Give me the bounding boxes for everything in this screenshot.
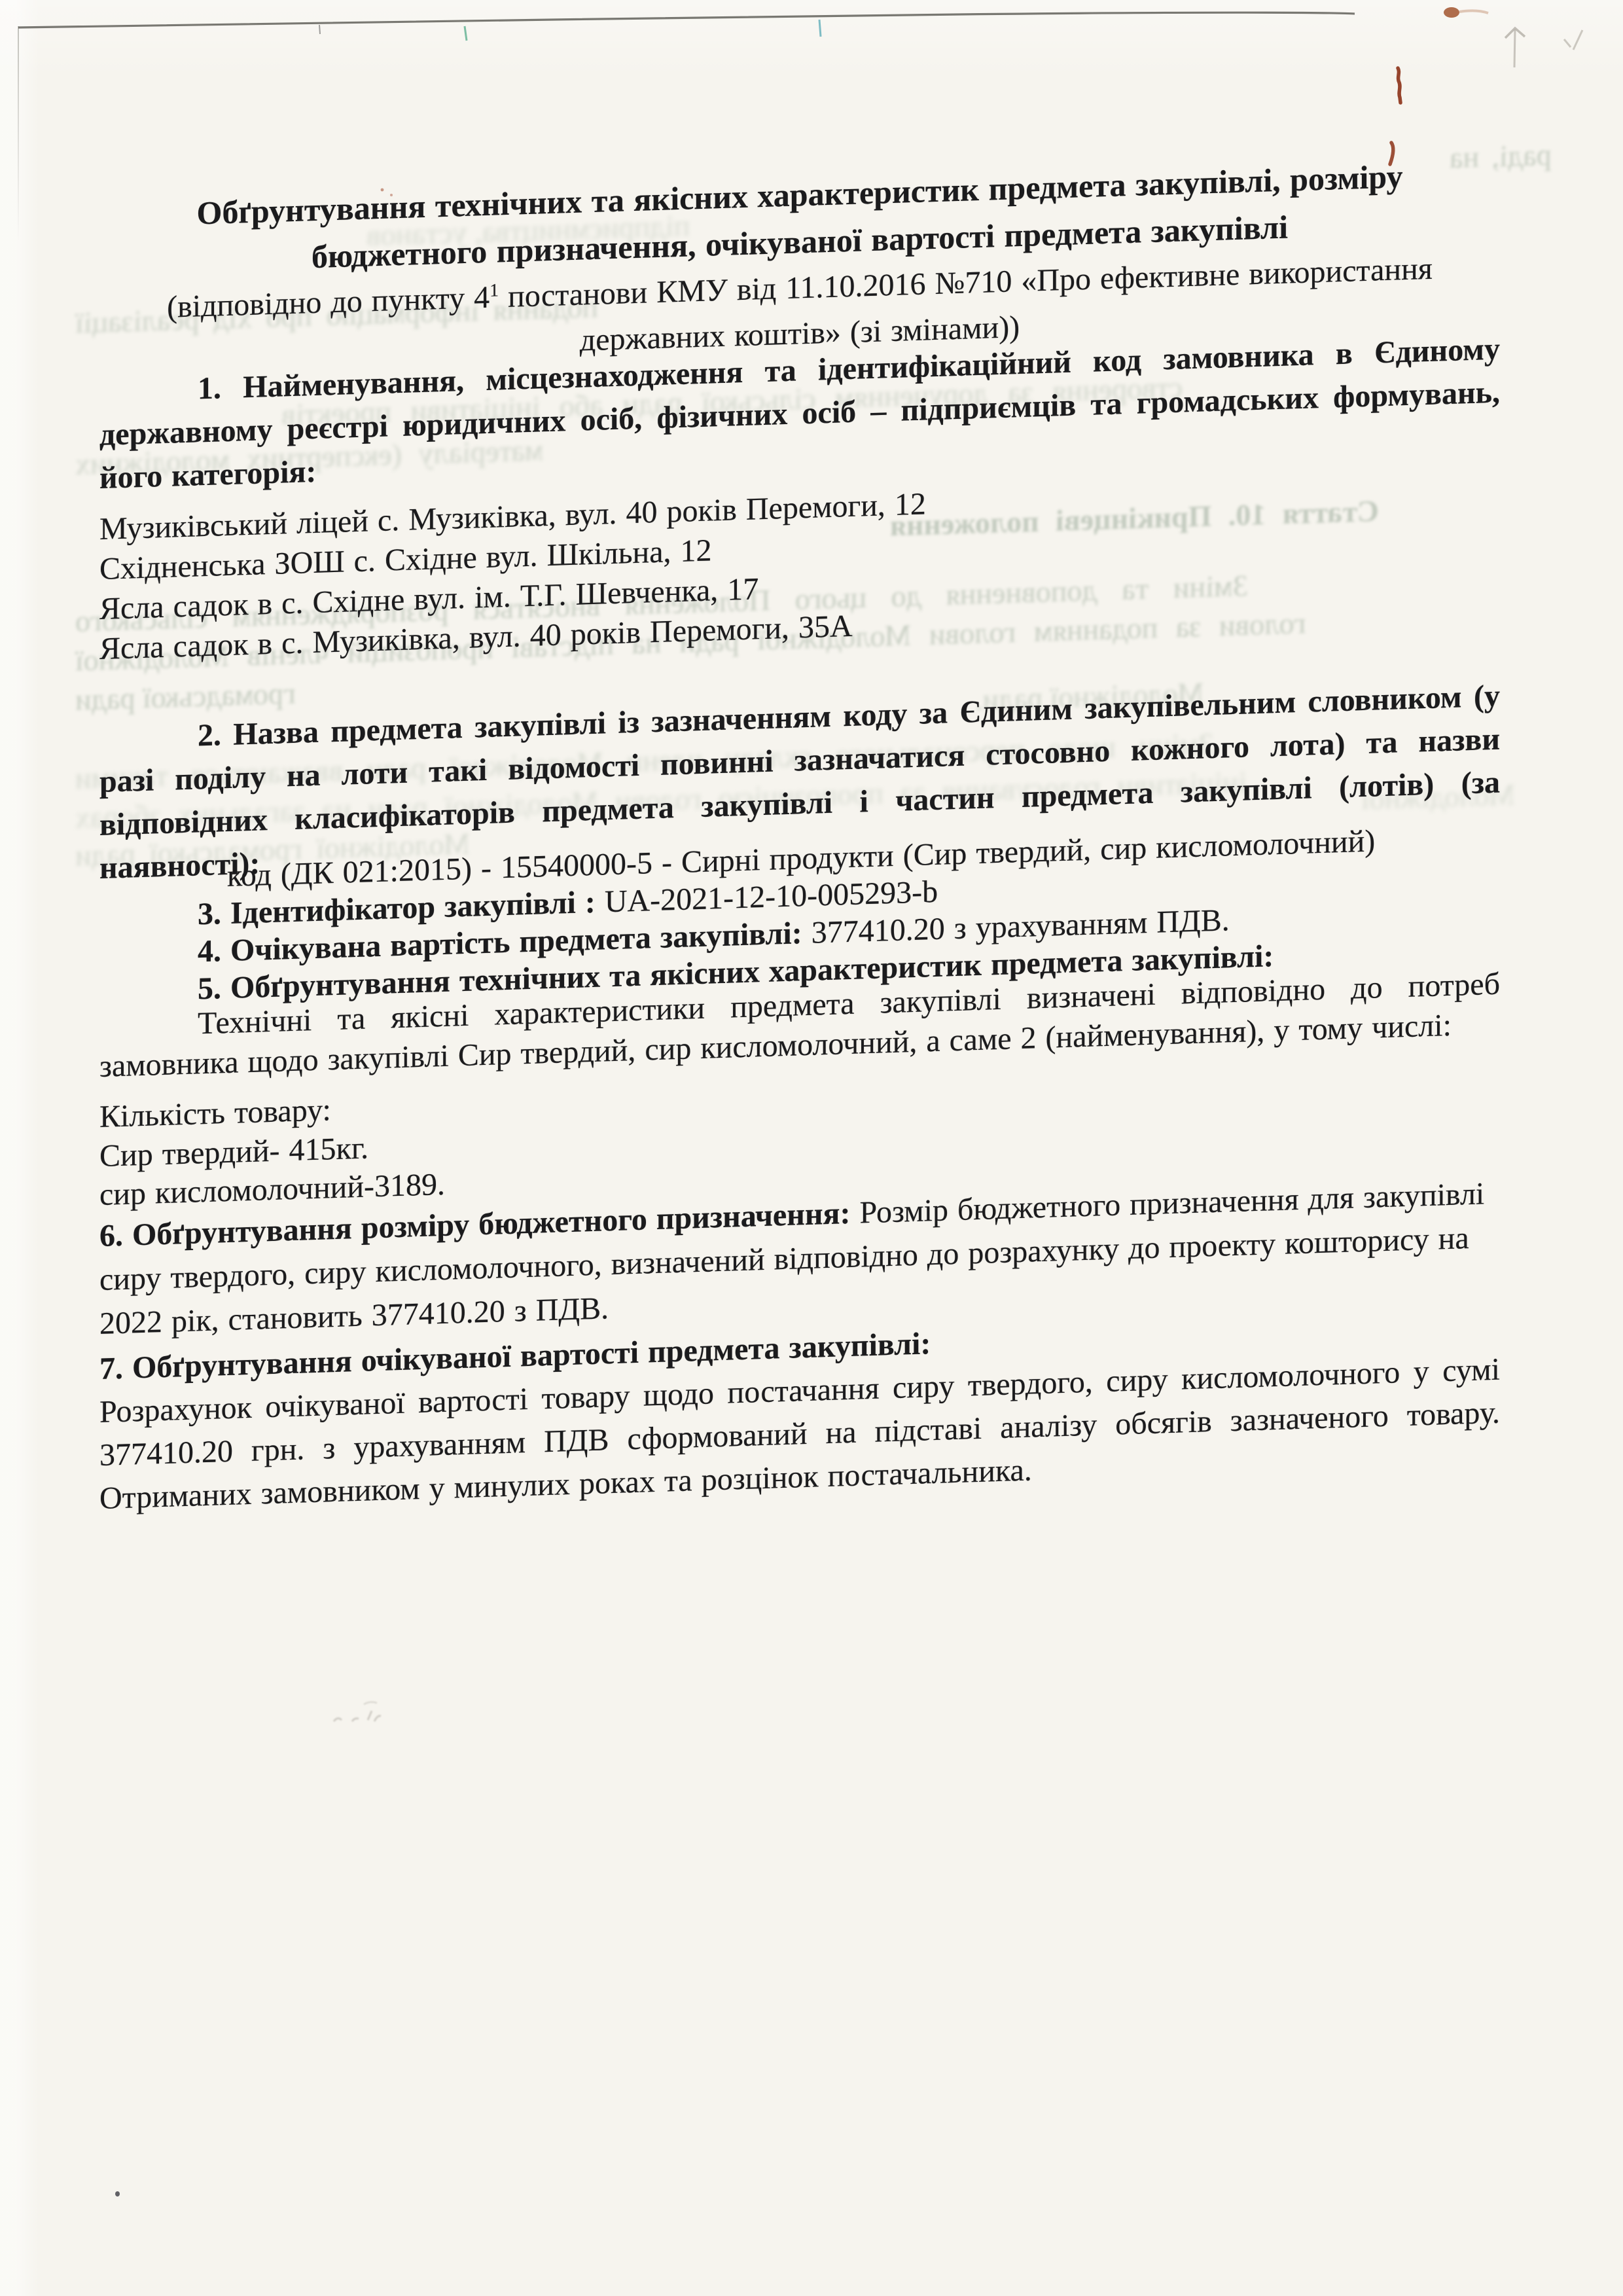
pencil-arrow-tail <box>1514 29 1515 67</box>
green-tick <box>465 26 467 41</box>
scan-edge-left <box>18 26 19 242</box>
red-dot <box>1444 7 1459 18</box>
document-body: Обґрунтування технічних та якісних харак… <box>99 133 1500 1520</box>
scanned-document-page: раді, на підприємництва, установ подання… <box>0 0 1623 2296</box>
red-specks <box>377 182 403 205</box>
scan-edge-line <box>17 10 1359 53</box>
red-stroke-2 <box>1390 143 1393 164</box>
pencil-tick <box>1564 30 1582 50</box>
pencil-marks <box>1486 18 1623 81</box>
red-stroke-1 <box>1398 68 1400 103</box>
teal-tick <box>819 20 821 37</box>
footnote-superscript: 1 <box>490 280 499 300</box>
dust-speck <box>115 2191 120 2197</box>
graphite-smudge <box>322 1693 407 1742</box>
